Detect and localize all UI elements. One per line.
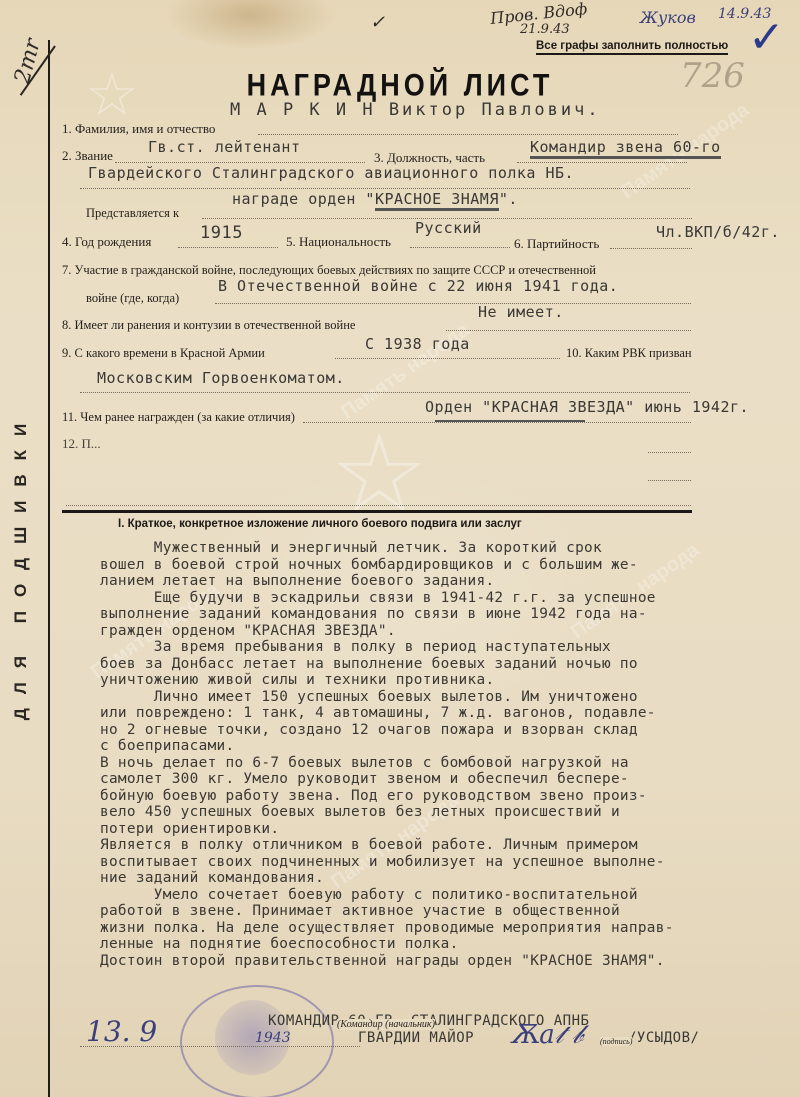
body-line: В ночь делает по 6-7 боевых вылетов с бо… — [100, 755, 790, 772]
signature-caption: (подпись) — [600, 1037, 632, 1046]
body-line: выполнение заданий командования по связи… — [100, 606, 790, 623]
binding-margin-line — [48, 40, 50, 1097]
body-line: потери ориентировки. — [100, 821, 790, 838]
body-line: самолет 300 кг. Умело руководит звеном и… — [100, 771, 790, 788]
field-9-line — [335, 358, 560, 359]
field-2-label: 2. Звание — [62, 148, 113, 164]
field-8-value: Не имеет. — [478, 303, 564, 321]
binding-margin-label: ДЛЯ ПОДШИВКИ — [6, 420, 36, 710]
field-12-line — [648, 452, 691, 453]
body-line: уничтожению живой силы и техники противн… — [100, 672, 790, 689]
body-line: Лично имеет 150 успешных боевых вылетов.… — [100, 689, 790, 706]
field-12-line-2 — [648, 480, 691, 481]
field-9-label: 9. С какого времени в Красной Армии — [62, 346, 265, 361]
document-title: НАГРАДНОЙ ЛИСТ — [0, 68, 800, 104]
field-10-label: 10. Каким РВК призван — [566, 346, 692, 361]
body-line: ленные на поднятие боеспособности полка. — [100, 936, 790, 953]
field-3-value-line1: Командир звена 60-го — [530, 138, 721, 159]
field-11-underline — [435, 420, 585, 422]
field-2-line — [115, 162, 365, 163]
field-4-value: 1915 — [200, 223, 243, 243]
body-line: Мужественный и энергичный летчик. За кор… — [100, 540, 790, 557]
nomination-label: Представляется к — [86, 206, 179, 221]
field-3-line-2 — [80, 188, 690, 189]
nomination-award: КРАСНОЕ ЗНАМЯ — [375, 190, 499, 211]
verification-date: 21.9.43 — [520, 22, 570, 37]
field-3-line — [517, 162, 687, 163]
field-1-label: 1. Фамилия, имя и отчество — [62, 121, 215, 137]
field-6-value: Чл.ВКП/б/42г. — [656, 223, 780, 241]
field-1-line — [258, 134, 678, 135]
date-year: 1943 — [255, 1030, 291, 1046]
body-line: вошел в боевой строй ночных бомбардировщ… — [100, 557, 790, 574]
field-4-line — [178, 247, 278, 248]
section-1-body: Мужественный и энергичный летчик. За кор… — [100, 540, 790, 969]
blue-checkmark: ✓ — [748, 12, 785, 63]
field-3-value-line2: Гвардейского Сталинградского авиационног… — [88, 164, 574, 182]
signature-scribble: Ѫа𝓉 𝒷 — [510, 1020, 583, 1051]
field-7-label: 7. Участие в гражданской войне, последую… — [62, 263, 596, 278]
date-line — [80, 1046, 360, 1047]
field-10-value: Московским Горвоенкоматом. — [97, 369, 345, 387]
field-5-line — [410, 247, 510, 248]
field-12-label: 12. П... — [62, 436, 101, 452]
field-5-value: Русский — [415, 219, 482, 237]
field-6-label: 6. Партийность — [514, 236, 599, 252]
field-9-value: С 1938 года — [365, 335, 470, 353]
checkmark: ✓ — [370, 12, 385, 33]
field-7-value: В Отечественной войне с 22 июня 1941 год… — [218, 277, 618, 295]
body-line: Достоин второй правительственной награды… — [100, 953, 790, 970]
body-line: или повреждено: 1 танк, 4 автомашины, 7 … — [100, 705, 790, 722]
body-line: но 2 огневые точки, создано 12 очагов по… — [100, 722, 790, 739]
body-line: ние заданий командования. — [100, 870, 790, 887]
field-11-label: 11. Чем ранее награжден (за какие отличи… — [62, 410, 295, 425]
body-line: За время пребывания в полку в период нас… — [100, 639, 790, 656]
body-line: жизни полка. На деле осуществляет провод… — [100, 920, 790, 937]
field-5-label: 5. Национальность — [286, 234, 391, 250]
field-7-label-2: войне (где, когда) — [86, 291, 179, 306]
signer-caption: (Командир (начальник) — [337, 1019, 435, 1030]
field-11-value: Орден "КРАСНАЯ ЗВЕЗДА" июнь 1942г. — [425, 398, 749, 416]
field-8-label: 8. Имеет ли ранения и контузии в отечест… — [62, 318, 355, 333]
body-line: с боеприпасами. — [100, 738, 790, 755]
field-12-line-3 — [66, 505, 691, 506]
body-line: воспитывает своих подчиненных и мобилизу… — [100, 854, 790, 871]
body-line: боев за Донбасс летает на выполнение бое… — [100, 656, 790, 673]
body-line: гражден орденом "КРАСНАЯ ЗВЕЗДА". — [100, 623, 790, 640]
signature-note: Жуков — [640, 8, 696, 27]
body-line: Является в полку отличником в боевой раб… — [100, 837, 790, 854]
field-1-value: М А Р К И Н Виктор Павлович. — [230, 100, 601, 120]
section-1-heading: I. Краткое, конкретное изложение личного… — [118, 518, 522, 530]
field-6-line — [610, 248, 692, 249]
body-line: вело 450 успешных боевых вылетов без лет… — [100, 804, 790, 821]
field-11-line — [303, 422, 691, 423]
body-line: ланием летает на выполнение боевого зада… — [100, 573, 790, 590]
signer-name: /УСЫДОВ/ — [628, 1030, 699, 1046]
body-line: Умело сочетает боевую работу с политико-… — [100, 887, 790, 904]
field-8-line — [446, 330, 691, 331]
field-2-value: Гв.ст. лейтенант — [148, 138, 301, 156]
body-line: Еще будучи в эскадрильи связи в 1941-42 … — [100, 590, 790, 607]
section-divider — [62, 510, 692, 513]
body-line: работой в звене. Принимает активное учас… — [100, 903, 790, 920]
signer-rank: ГВАРДИИ МАЙОР — [358, 1030, 474, 1046]
nomination-value: награде орден "КРАСНОЕ ЗНАМЯ". — [232, 190, 518, 208]
field-4-label: 4. Год рождения — [62, 234, 151, 250]
date-day-month: 13. 9 — [86, 1015, 157, 1048]
body-line: бойную боевую работу звена. Под его руко… — [100, 788, 790, 805]
instruction-text: Все графы заполнить полностью — [536, 40, 728, 55]
field-7-line — [215, 303, 691, 304]
field-10-line — [80, 392, 690, 393]
